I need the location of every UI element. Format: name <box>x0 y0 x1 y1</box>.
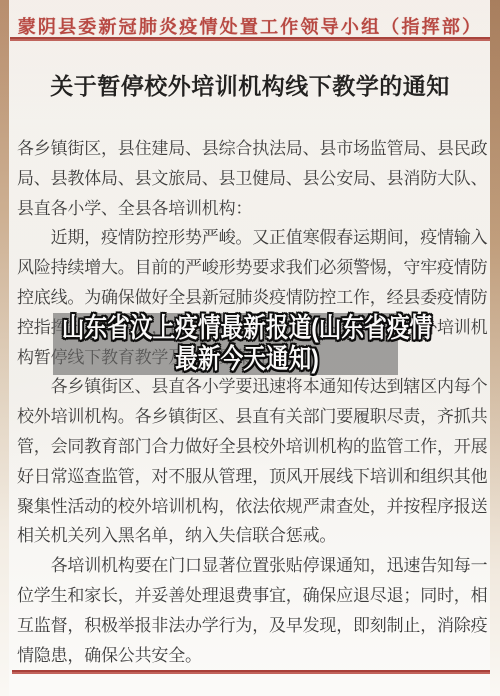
document-line: 控底线。为确保做好全县新冠肺炎疫情防控工作，经县委疫情防 <box>17 283 490 313</box>
document-line: 位学生和家长，并妥善处理退费事宜，确保应退尽退；同时，相 <box>17 581 490 611</box>
document-line: 近期，疫情防控形势严峻。又正值寒假春运期间，疫情输入 <box>17 223 490 253</box>
document-line: 聚集性活动的校外培训机构，依法依规严肃查处，并按程序报送 <box>17 492 490 522</box>
document-line: 风险持续增大。目前的严峻形势要求我们必须警惕，守牢疫情防 <box>17 253 490 283</box>
letterhead-org-name: 蒙阴县委新冠肺炎疫情处置工作领导小组（指挥部） <box>10 13 490 39</box>
notice-photo: 蒙阴县委新冠肺炎疫情处置工作领导小组（指挥部） 关于暂停校外培训机构线下教学的通… <box>0 0 500 696</box>
document-line: 情隐患，确保公共安全。 <box>17 641 490 671</box>
document-line: 相关机关列入黑名单，纳入失信联合惩戒。 <box>17 521 490 551</box>
letterhead-rule <box>10 37 490 41</box>
document-line: 管，会同教育部门合力做好全县校外培训机构的监管工作，开展 <box>17 432 490 462</box>
document-line: 各培训机构要在门口显著位置张贴停课通知，迅速告知每一 <box>17 551 490 581</box>
document-line: 各乡镇街区、县直各小学要迅速将本通知传达到辖区内每个 <box>17 372 490 402</box>
footer-rule <box>12 670 490 674</box>
document-line: 各乡镇街区，县住建局、县综合执法局、县市场监管局、县民政 <box>17 134 490 164</box>
document-title: 关于暂停校外培训机构线下教学的通知 <box>10 68 490 101</box>
caption-line-1: 山东省汶上疫情最新报道(山东省疫情 <box>40 313 455 343</box>
caption-line-2: 最新今天通知) <box>40 344 455 374</box>
document-body: 各乡镇街区，县住建局、县综合执法局、县市场监管局、县民政局、县教体局、县文旅局、… <box>17 134 490 670</box>
document-line: 县直各小学、全县各培训机构： <box>17 194 490 224</box>
document-line: 好日常巡查监管，对不服从管理，顶风开展线下培训和组织其他 <box>17 462 490 492</box>
document-line: 互监督，积极举报非法办学行为，及早发现，即刻制止，消除疫 <box>17 611 490 641</box>
document-line: 校外培训机构。各乡镇街区、县直有关部门要履职尽责，齐抓共 <box>17 402 490 432</box>
document-line: 局、县教体局、县文旅局、县卫健局、县公安局、县消防大队、 <box>17 164 490 194</box>
caption-overlay: 山东省汶上疫情最新报道(山东省疫情 最新今天通知) <box>0 313 494 374</box>
